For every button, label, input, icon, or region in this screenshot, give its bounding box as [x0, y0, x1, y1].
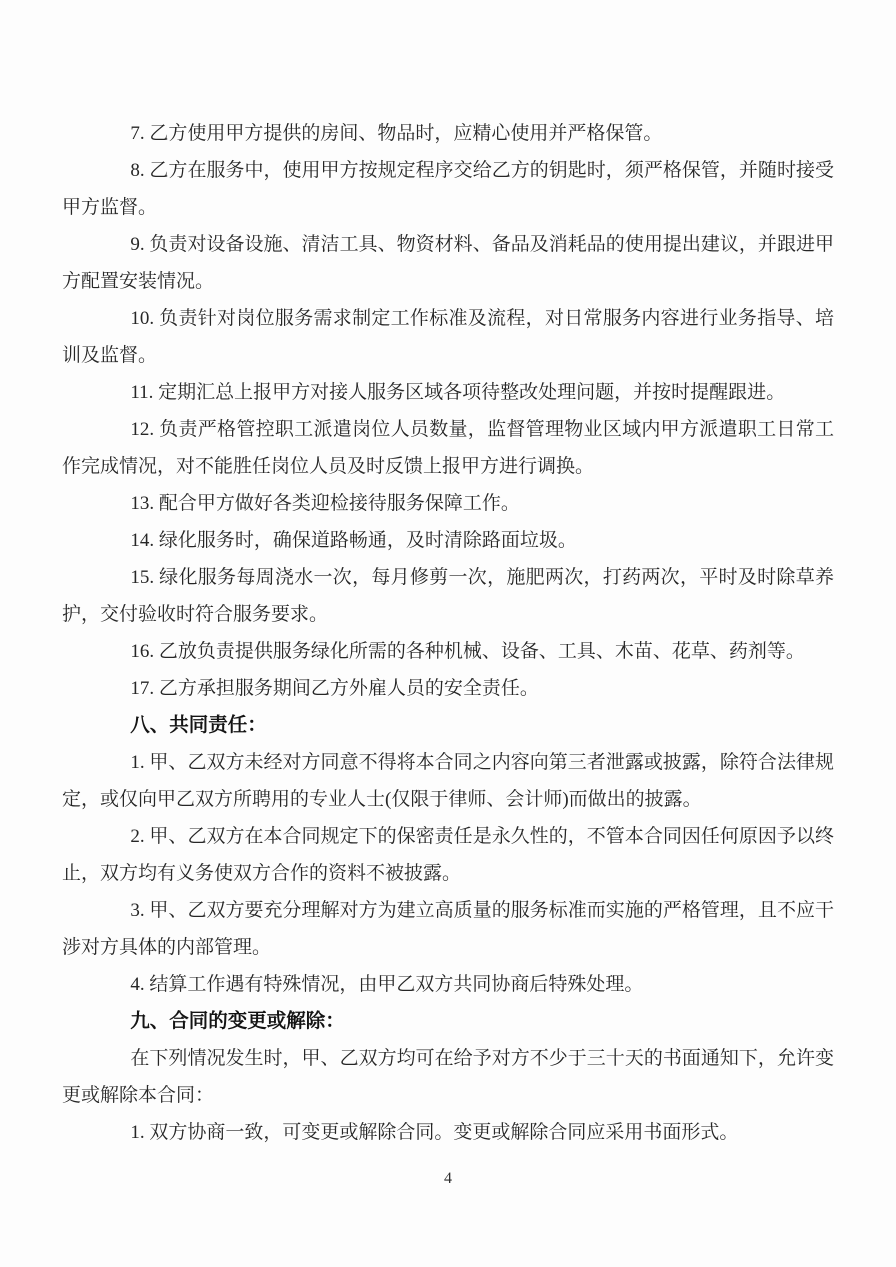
contract-clause: 13. 配合甲方做好各类迎检接待服务保障工作。 — [62, 485, 834, 522]
page-number: 4 — [444, 1170, 452, 1187]
contract-clause: 2. 甲、乙双方在本合同规定下的保密责任是永久性的，不管本合同因任何原因予以终止… — [62, 818, 834, 892]
page-footer: 4 — [0, 1170, 896, 1188]
contract-clause: 9. 负责对设备设施、清洁工具、物资材料、备品及消耗品的使用提出建议，并跟进甲方… — [62, 226, 834, 300]
contract-clause: 在下列情况发生时，甲、乙双方均可在给予对方不少于三十天的书面通知下，允许变更或解… — [62, 1040, 834, 1114]
contract-clause: 17. 乙方承担服务期间乙方外雇人员的安全责任。 — [62, 670, 834, 707]
contract-clause: 3. 甲、乙双方要充分理解对方为建立高质量的服务标准而实施的严格管理，且不应干涉… — [62, 892, 834, 966]
contract-clause: 7. 乙方使用甲方提供的房间、物品时，应精心使用并严格保管。 — [62, 115, 834, 152]
contract-clause: 1. 双方协商一致，可变更或解除合同。变更或解除合同应采用书面形式。 — [62, 1114, 834, 1151]
contract-text-body: 7. 乙方使用甲方提供的房间、物品时，应精心使用并严格保管。8. 乙方在服务中，… — [0, 0, 896, 1151]
contract-clause: 8. 乙方在服务中，使用甲方按规定程序交给乙方的钥匙时，须严格保管，并随时接受甲… — [62, 152, 834, 226]
section-heading: 八、共同责任： — [62, 707, 834, 744]
contract-clause: 10. 负责针对岗位服务需求制定工作标准及流程，对日常服务内容进行业务指导、培训… — [62, 300, 834, 374]
contract-clause: 16. 乙放负责提供服务绿化所需的各种机械、设备、工具、木苗、花草、药剂等。 — [62, 633, 834, 670]
contract-clause: 15. 绿化服务每周浇水一次，每月修剪一次，施肥两次，打药两次，平时及时除草养护… — [62, 559, 834, 633]
contract-clause: 4. 结算工作遇有特殊情况，由甲乙双方共同协商后特殊处理。 — [62, 966, 834, 1003]
contract-clause: 1. 甲、乙双方未经对方同意不得将本合同之内容向第三者泄露或披露，除符合法律规定… — [62, 744, 834, 818]
contract-clause: 14. 绿化服务时，确保道路畅通，及时清除路面垃圾。 — [62, 522, 834, 559]
contract-clause: 12. 负责严格管控职工派遣岗位人员数量，监督管理物业区域内甲方派遣职工日常工作… — [62, 411, 834, 485]
contract-clause: 11. 定期汇总上报甲方对接人服务区域各项待整改处理问题，并按时提醒跟进。 — [62, 374, 834, 411]
document-page: 7. 乙方使用甲方提供的房间、物品时，应精心使用并严格保管。8. 乙方在服务中，… — [0, 0, 896, 1267]
section-heading: 九、合同的变更或解除： — [62, 1003, 834, 1040]
